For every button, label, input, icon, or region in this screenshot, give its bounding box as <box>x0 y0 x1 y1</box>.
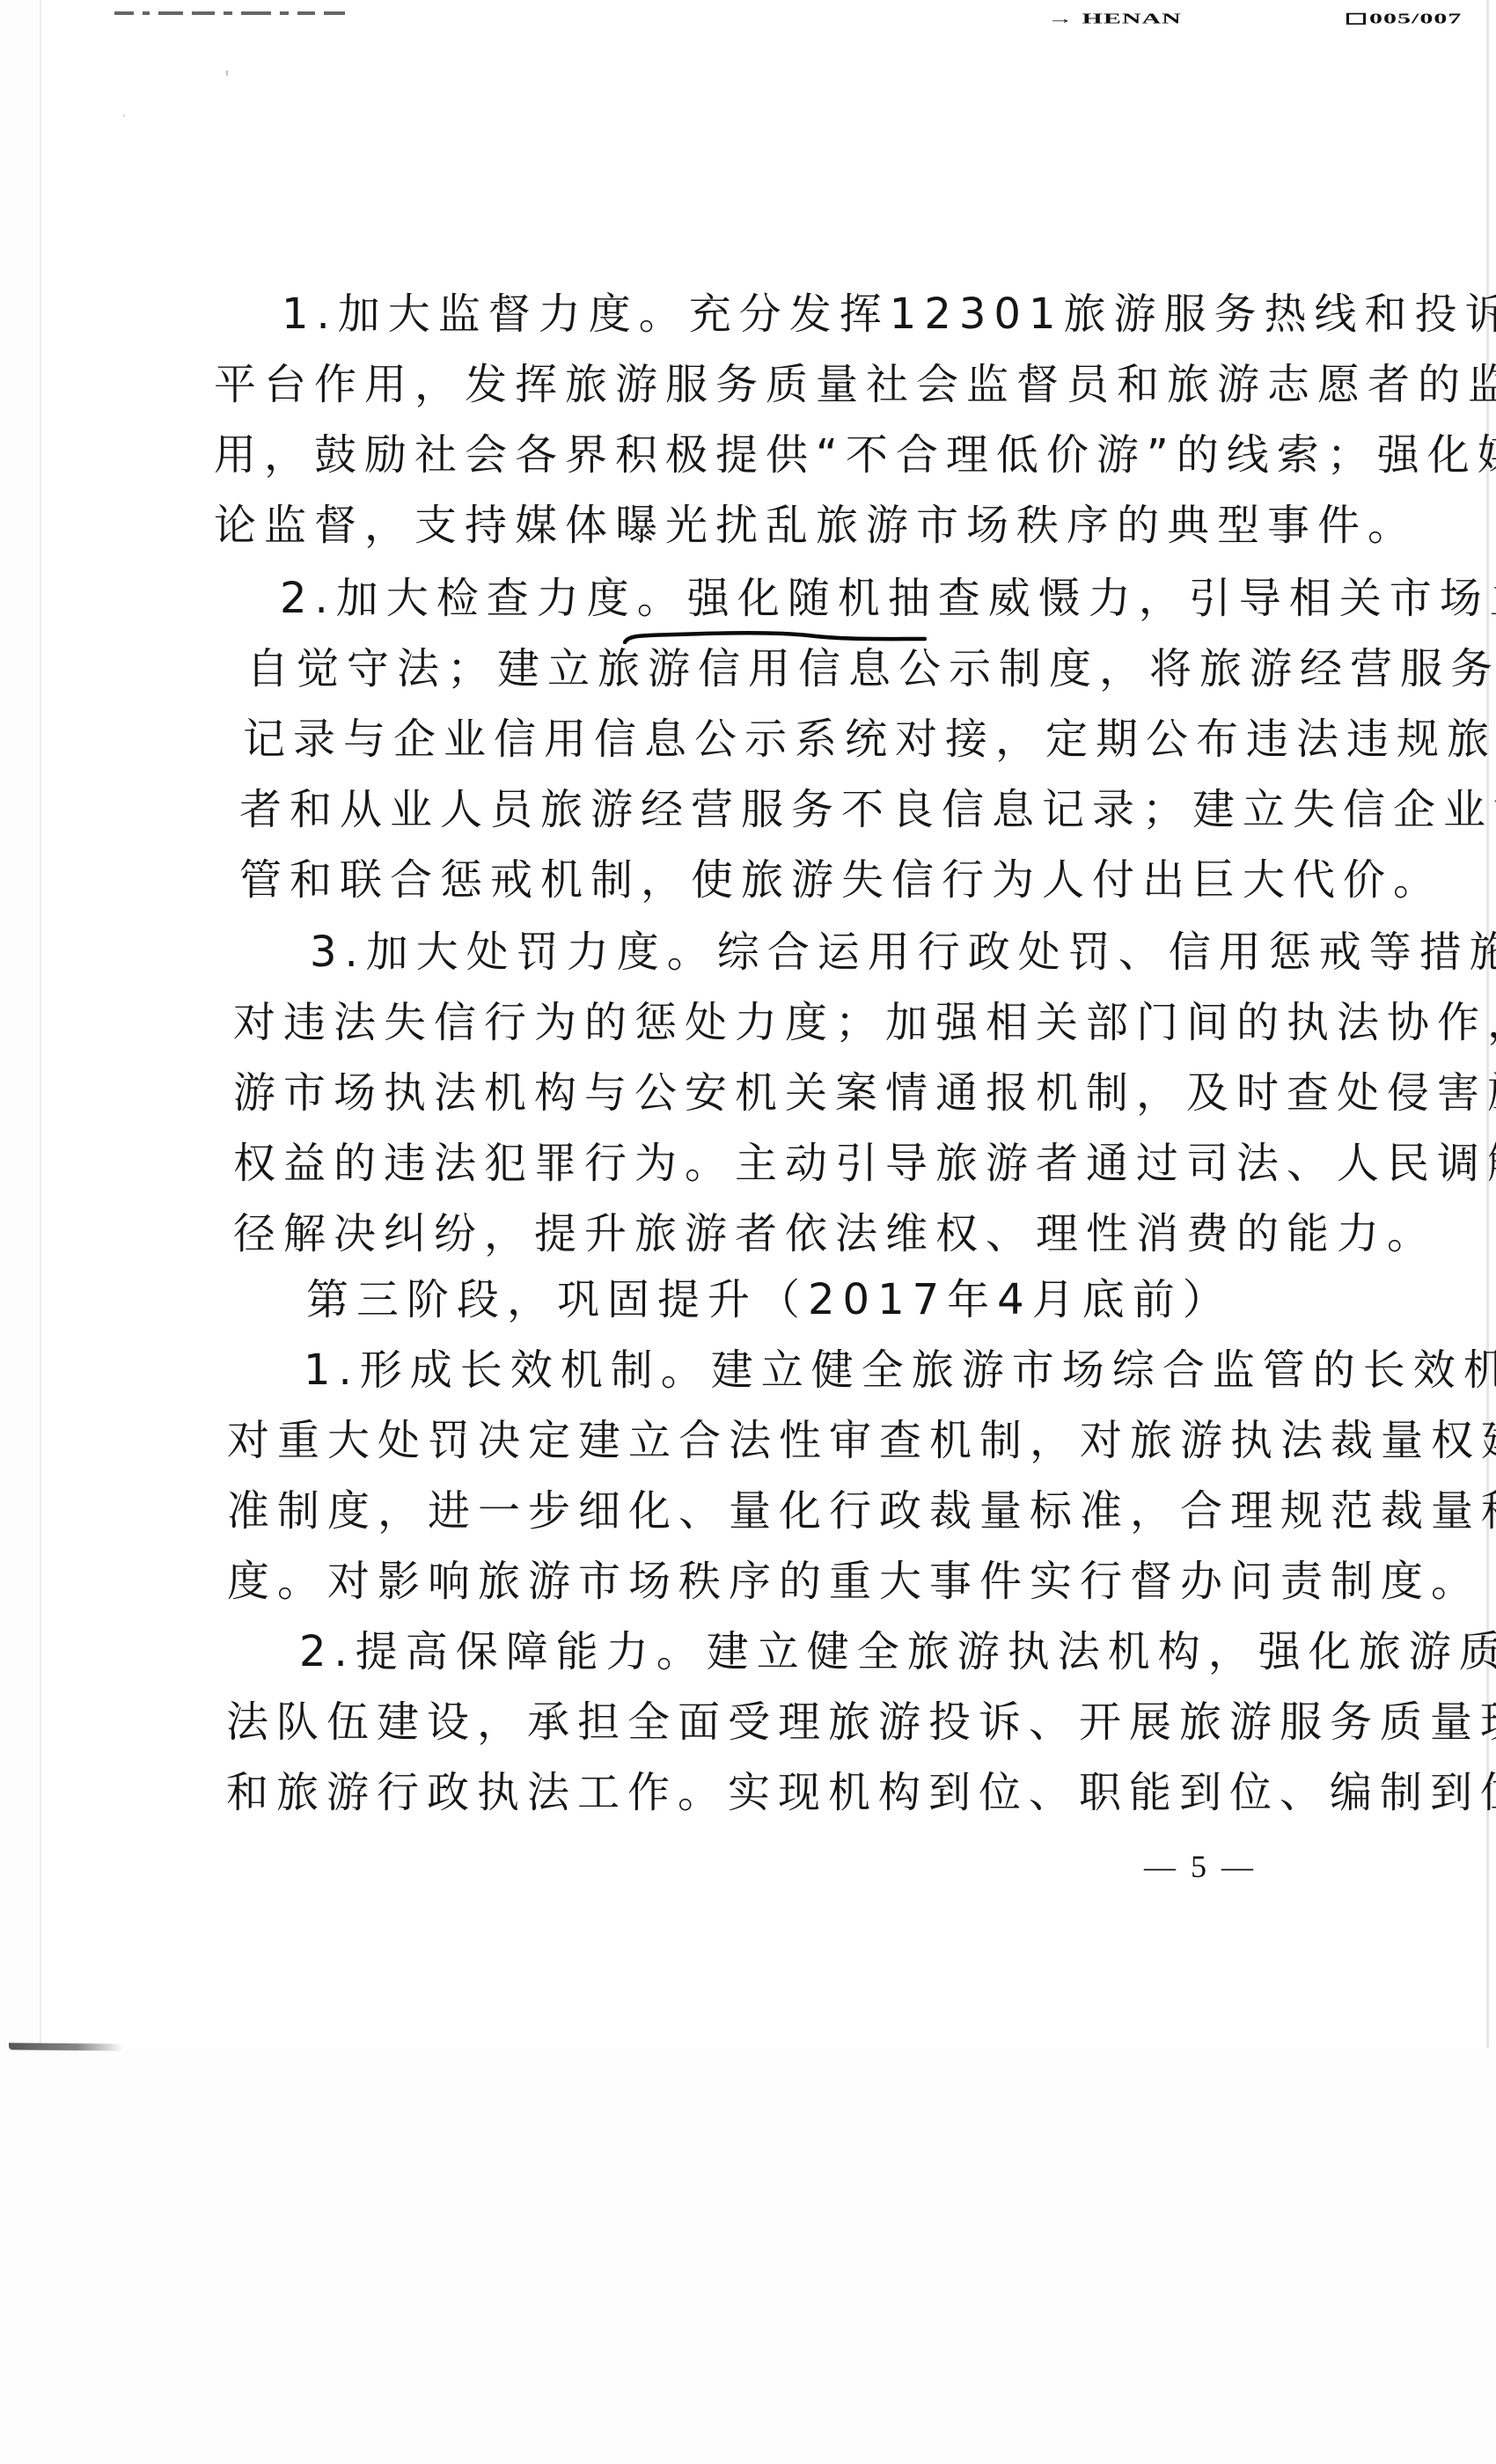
text-line: 3.加大处罚力度。综合运用行政处罚、信用惩戒等措施，加大 <box>310 928 1496 977</box>
text-line: 自觉守法；建立旅游信用信息公示制度，将旅游经营服务不良信息 <box>246 644 1496 693</box>
text-line: 管和联合惩戒机制，使旅游失信行为人付出巨大代价。 <box>239 855 1443 905</box>
text-line: 用，鼓励社会各界积极提供“不合理低价游”的线索；强化媒体的舆 <box>214 430 1496 480</box>
text-line: 第三阶段，巩固提升（2017年4月底前） <box>306 1275 1233 1324</box>
text-line: 对重大处罚决定建立合法性审查机制，对旅游执法裁量权建立基 <box>227 1416 1496 1465</box>
text-line: 游市场执法机构与公安机关案情通报机制，及时查处侵害旅游者 <box>233 1068 1496 1118</box>
text-line: 径解决纠纷，提升旅游者依法维权、理性消费的能力。 <box>233 1209 1437 1258</box>
text-line: 度。对影响旅游市场秩序的重大事件实行督办问责制度。 <box>227 1557 1481 1606</box>
fax-timestamp-illegible <box>114 9 396 18</box>
fax-page-counter: 005/007 <box>1369 11 1462 27</box>
scan-speck <box>123 114 125 117</box>
fax-destination: → HENAN <box>1047 11 1182 27</box>
text-line: 对违法失信行为的惩处力度；加强相关部门间的执法协作，建立旅 <box>233 998 1496 1047</box>
text-line: 1.加大监督力度。充分发挥12301旅游服务热线和投诉举报 <box>282 290 1496 339</box>
page-edge-shadow <box>9 2042 123 2050</box>
page-number: — 5 — <box>1144 1848 1257 1885</box>
fax-page-counter-group: 005/007 <box>1346 11 1462 27</box>
text-line: 准制度，进一步细化、量化行政裁量标准，合理规范裁量种类、幅 <box>227 1486 1496 1536</box>
text-line: 平台作用，发挥旅游服务质量社会监督员和旅游志愿者的监督作 <box>214 360 1496 409</box>
text-line: 法队伍建设，承担全面受理旅游投诉、开展旅游服务质量现场检查 <box>226 1698 1496 1747</box>
handwritten-underline <box>623 630 927 644</box>
text-line: 2.提高保障能力。建立健全旅游执法机构，强化旅游质监执 <box>299 1627 1496 1676</box>
text-line: 1.形成长效机制。建立健全旅游市场综合监管的长效机制， <box>304 1346 1496 1395</box>
text-line: 2.加大检查力度。强化随机抽查威慑力，引导相关市场主体 <box>280 574 1496 623</box>
text-line: 论监督，支持媒体曝光扰乱旅游市场秩序的典型事件。 <box>214 501 1418 550</box>
text-line: 和旅游行政执法工作。实现机构到位、职能到位、编制到位、人员 <box>226 1768 1496 1817</box>
scan-speck <box>226 70 228 76</box>
text-line: 权益的违法犯罪行为。主动引导旅游者通过司法、人民调解等途 <box>233 1139 1496 1188</box>
text-line: 记录与企业信用信息公示系统对接，定期公布违法违规旅游经营 <box>243 715 1496 764</box>
fax-icon <box>1346 13 1366 25</box>
text-line: 者和从业人员旅游经营服务不良信息记录；建立失信企业协同监 <box>239 785 1496 834</box>
